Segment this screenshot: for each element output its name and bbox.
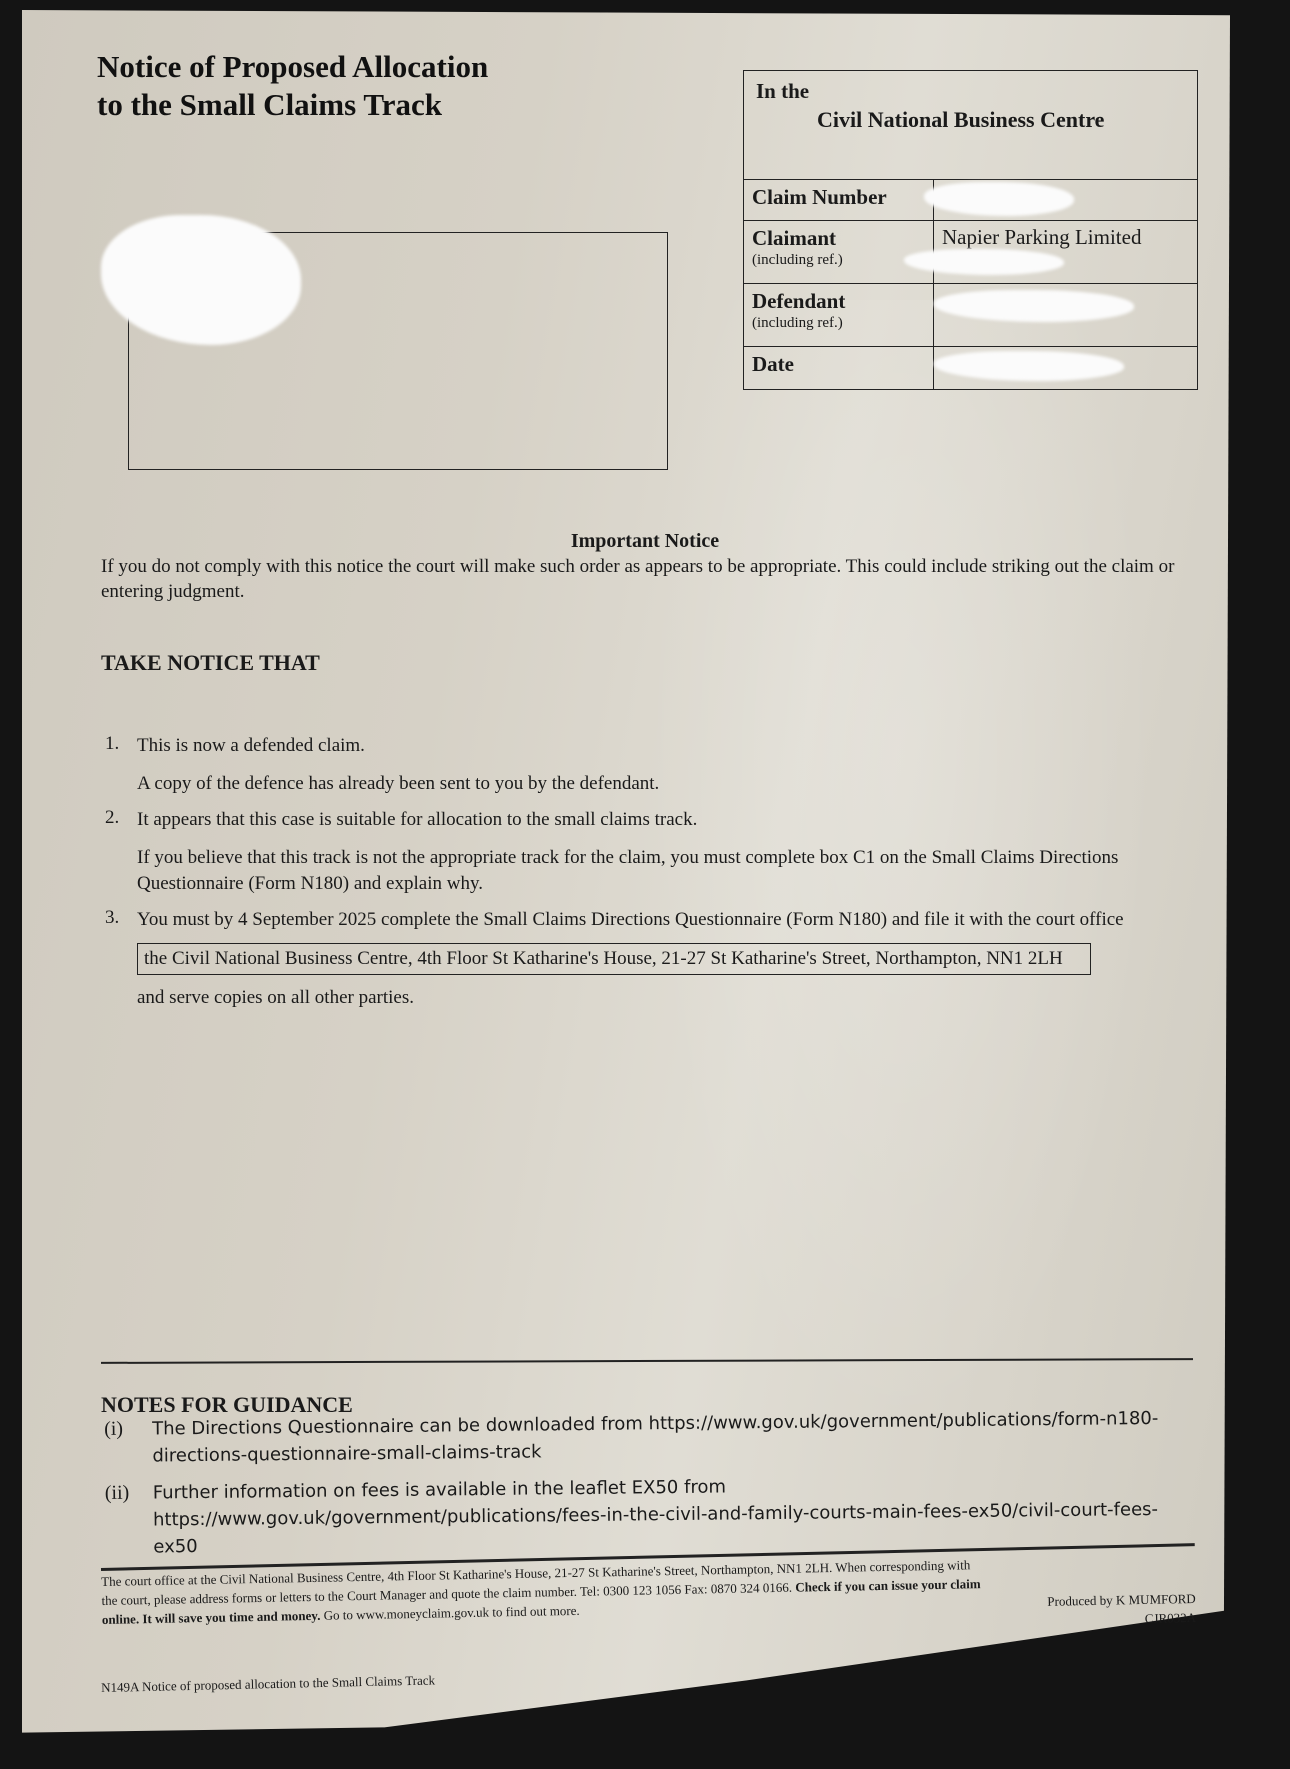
- address-box: [128, 232, 668, 470]
- title-line-1: Notice of Proposed Allocation: [97, 48, 488, 86]
- court-office-address-box: the Civil National Business Centre, 4th …: [137, 943, 1091, 975]
- footer-tail-text: Go to www.moneyclaim.gov.uk to find out …: [323, 1603, 579, 1623]
- item-after-text: and serve copies on all other parties.: [137, 985, 1205, 1011]
- notice-item-3: 3. You must by 4 September 2025 complete…: [105, 907, 1205, 1011]
- note-number: (i): [104, 1415, 153, 1469]
- notes-list: (i) The Directions Questionnaire can be …: [104, 1405, 1186, 1571]
- date-label: Date: [752, 351, 925, 377]
- defendant-value: [934, 284, 1197, 346]
- item-number: 3.: [105, 907, 137, 1011]
- note-text: The Directions Questionnaire can be down…: [152, 1405, 1185, 1470]
- date-value: [934, 347, 1197, 389]
- notice-item-1: 1. This is now a defended claim. A copy …: [105, 733, 1205, 797]
- item-main-text: You must by 4 September 2025 complete th…: [137, 907, 1205, 933]
- in-the-label: In the: [756, 79, 809, 104]
- court-details-box: In the Civil National Business Centre Cl…: [743, 70, 1198, 390]
- claim-number-label: Claim Number: [752, 184, 925, 210]
- claimant-sublabel: (including ref.): [752, 251, 925, 269]
- note-item: (i) The Directions Questionnaire can be …: [104, 1405, 1185, 1470]
- item-sub-text: A copy of the defence has already been s…: [137, 771, 1205, 797]
- defendant-label: Defendant: [752, 288, 925, 314]
- item-main-text: It appears that this case is suitable fo…: [137, 807, 1205, 833]
- note-number: (ii): [105, 1479, 154, 1560]
- redaction-mark: [101, 215, 301, 345]
- defendant-row: Defendant(including ref.): [744, 284, 1197, 347]
- date-row: Date: [744, 347, 1197, 389]
- title-line-2: to the Small Claims Track: [97, 86, 488, 124]
- claim-number-row: Claim Number: [744, 180, 1197, 221]
- item-number: 1.: [105, 733, 137, 797]
- court-header: In the Civil National Business Centre: [744, 71, 1197, 180]
- claimant-value: Napier Parking Limited: [934, 221, 1197, 283]
- page-title: Notice of Proposed Allocation to the Sma…: [97, 48, 488, 124]
- important-notice-title: Important Notice: [0, 530, 1290, 553]
- notice-item-2: 2. It appears that this case is suitable…: [105, 807, 1205, 897]
- item-main-text: This is now a defended claim.: [137, 733, 1205, 759]
- claimant-row: Claimant(including ref.) Napier Parking …: [744, 221, 1197, 284]
- notice-items: 1. This is now a defended claim. A copy …: [105, 733, 1205, 1011]
- produced-by: Produced by K MUMFORD CJR032A: [1047, 1589, 1196, 1630]
- form-code: CJR032A: [1047, 1608, 1196, 1630]
- item-number: 2.: [105, 807, 137, 897]
- court-name: Civil National Business Centre: [817, 107, 1104, 133]
- claimant-label: Claimant: [752, 225, 925, 251]
- important-notice-text: If you do not comply with this notice th…: [101, 554, 1211, 604]
- claim-number-value: [934, 180, 1197, 220]
- defendant-sublabel: (including ref.): [752, 314, 925, 332]
- take-notice-heading: TAKE NOTICE THAT: [101, 650, 320, 676]
- item-sub-text: If you believe that this track is not th…: [137, 845, 1205, 897]
